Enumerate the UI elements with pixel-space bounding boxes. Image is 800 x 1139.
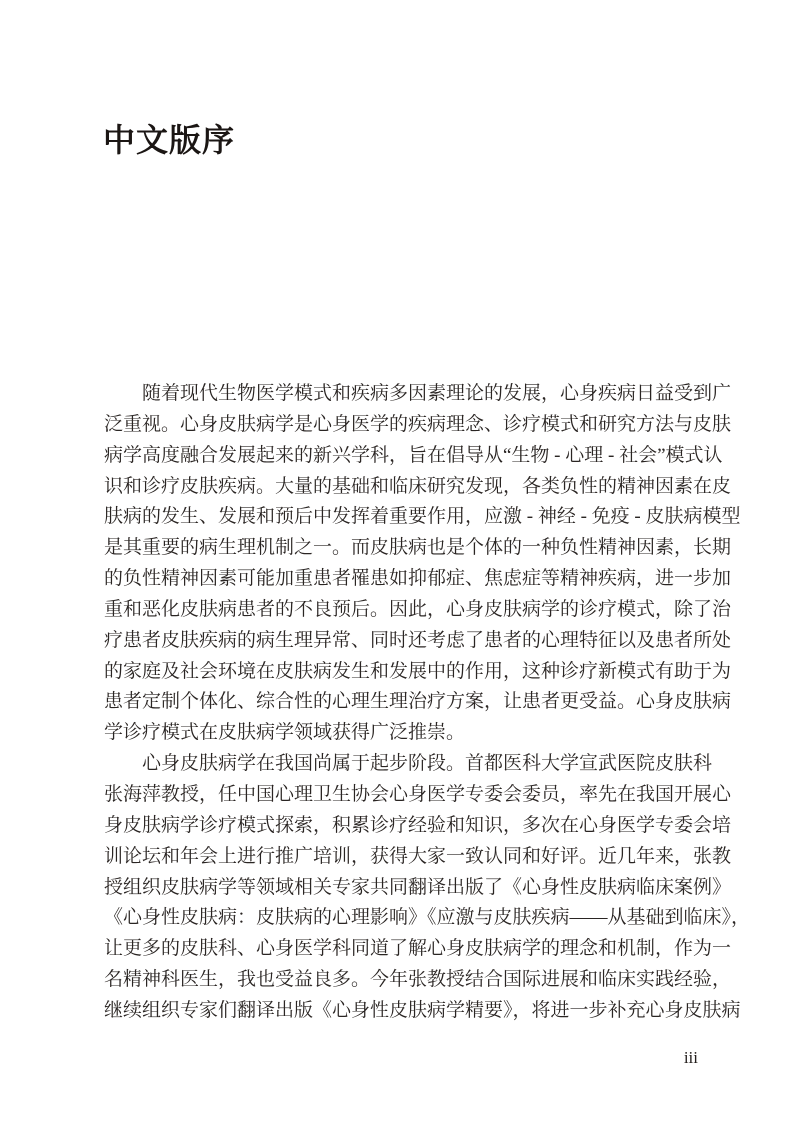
body-line: 心身皮肤病学在我国尚属于起步阶段。首都医科大学宣武医院皮肤科 <box>104 749 697 780</box>
body-line: 《心身性皮肤病：皮肤病的心理影响》《应激与皮肤疾病——从基础到临床》， <box>104 903 697 934</box>
body-line: 泛重视。心身皮肤病学是心身医学的疾病理念、诊疗模式和研究方法与皮肤 <box>104 410 697 441</box>
body-line: 名精神科医生，我也受益良多。今年张教授结合国际进展和临床实践经验， <box>104 965 697 996</box>
page-title: 中文版序 <box>103 122 235 158</box>
body-line: 随着现代生物医学模式和疾病多因素理论的发展，心身疾病日益受到广 <box>104 379 697 410</box>
body-line: 疗患者皮肤疾病的病生理异常、同时还考虑了患者的心理特征以及患者所处 <box>104 626 697 657</box>
body-line: 张海萍教授，任中国心理卫生协会心身医学专委会委员，率先在我国开展心 <box>104 780 697 811</box>
body-line: 学诊疗模式在皮肤病学领域获得广泛推崇。 <box>104 718 697 749</box>
body-line: 训论坛和年会上进行推广培训，获得大家一致认同和好评。近几年来，张教 <box>104 842 697 873</box>
body-line: 身皮肤病学诊疗模式探索，积累诊疗经验和知识，多次在心身医学专委会培 <box>104 811 697 842</box>
body-text: 随着现代生物医学模式和疾病多因素理论的发展，心身疾病日益受到广 泛重视。心身皮肤… <box>104 379 697 1027</box>
body-line: 重和恶化皮肤病患者的不良预后。因此，心身皮肤病学的诊疗模式，除了治 <box>104 595 697 626</box>
page-number: iii <box>618 1048 698 1068</box>
body-line: 患者定制个体化、综合性的心理生理治疗方案，让患者更受益。心身皮肤病 <box>104 687 697 718</box>
body-line: 病学高度融合发展起来的新兴学科，旨在倡导从“生物 - 心理 - 社会”模式认 <box>104 441 697 472</box>
document-page: 中文版序 随着现代生物医学模式和疾病多因素理论的发展，心身疾病日益受到广 泛重视… <box>0 0 800 1139</box>
body-line: 授组织皮肤病学等领域相关专家共同翻译出版了《心身性皮肤病临床案例》 <box>104 873 697 904</box>
body-line: 肤病的发生、发展和预后中发挥着重要作用，应激 - 神经 - 免疫 - 皮肤病模型 <box>104 502 697 533</box>
body-line: 识和诊疗皮肤疾病。大量的基础和临床研究发现，各类负性的精神因素在皮 <box>104 472 697 503</box>
body-line: 让更多的皮肤科、心身医学科同道了解心身皮肤病学的理念和机制，作为一 <box>104 934 697 965</box>
body-line: 的家庭及社会环境在皮肤病发生和发展中的作用，这种诊疗新模式有助于为 <box>104 657 697 688</box>
body-line: 的负性精神因素可能加重患者罹患如抑郁症、焦虑症等精神疾病，进一步加 <box>104 564 697 595</box>
body-line: 是其重要的病生理机制之一。而皮肤病也是个体的一种负性精神因素，长期 <box>104 533 697 564</box>
body-line: 继续组织专家们翻译出版《心身性皮肤病学精要》，将进一步补充心身皮肤病 <box>104 996 697 1027</box>
